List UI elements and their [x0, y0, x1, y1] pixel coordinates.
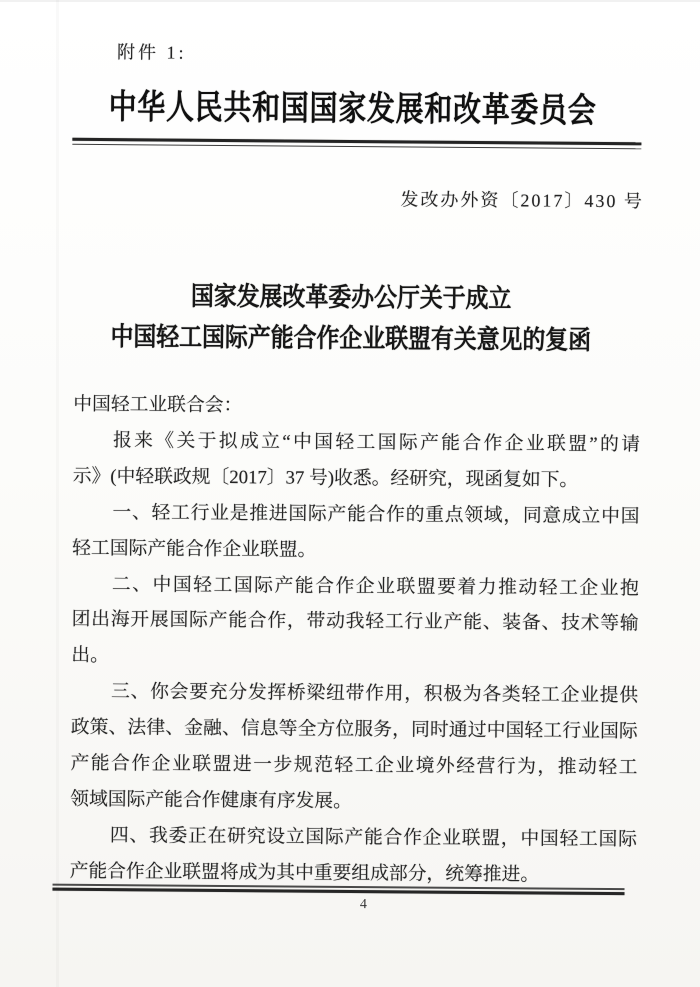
- body-line: 政策、法律、金融、信息等全方位服务，同时通过中国轻工行业国际: [71, 710, 638, 750]
- body-line: 报来《关于拟成立“中国轻工国际产能合作企业联盟”的请: [73, 423, 640, 463]
- letterhead-double-rule: [72, 138, 641, 150]
- page-number: 4: [13, 894, 700, 915]
- body-line: 产能合作企业联盟进一步规范轻工企业境外经营行为，推动轻工: [70, 746, 637, 786]
- body-line: 领域国际产能合作健康有序发展。: [70, 782, 637, 822]
- attachment-label: 附件 1:: [117, 38, 187, 65]
- document-title-line: 国家发展改革委办公厅关于成立: [43, 276, 659, 321]
- body-line: 团出海开展国际产能合作，带动我轻工行业产能、装备、技术等输: [71, 602, 638, 642]
- body-line: 四、我委正在研究设立国际产能合作企业联盟，中国轻工国际: [70, 818, 637, 858]
- body-line: 示》(中轻联政规〔2017〕37 号)收悉。经研究，现函复如下。: [73, 459, 640, 499]
- body-line: 轻工国际产能合作企业联盟。: [72, 530, 639, 570]
- body-line: 出。: [71, 638, 638, 678]
- body-line: 三、你会要充分发挥桥梁纽带作用，积极为各类轻工企业提供: [71, 674, 638, 714]
- document-body: 中国轻工业联合会：报来《关于拟成立“中国轻工国际产能合作企业联盟”的请示》(中轻…: [69, 387, 640, 894]
- issuing-authority-letterhead: 中华人民共和国国家发展和改革委员会: [65, 82, 639, 139]
- body-line: 二、中国轻工国际产能合作企业联盟要着力推动轻工企业抱: [72, 566, 639, 606]
- body-line: 中国轻工业联合会：: [73, 387, 640, 427]
- body-line: 一、轻工行业是推进国际产能合作的重点领域，同意成立中国: [72, 495, 639, 535]
- document-title-line: 中国轻工国际产能合作企业联盟有关意见的复函: [43, 316, 659, 361]
- document-reference-number: 发改办外资〔2017〕430 号: [400, 186, 644, 214]
- document-title: 国家发展改革委办公厅关于成立中国轻工国际产能合作企业联盟有关意见的复函: [1, 275, 700, 361]
- scanned-document-page: 附件 1: 中华人民共和国国家发展和改革委员会 发改办外资〔2017〕430 号…: [0, 0, 700, 987]
- document-content: 附件 1: 中华人民共和国国家发展和改革委员会 发改办外资〔2017〕430 号…: [0, 0, 700, 987]
